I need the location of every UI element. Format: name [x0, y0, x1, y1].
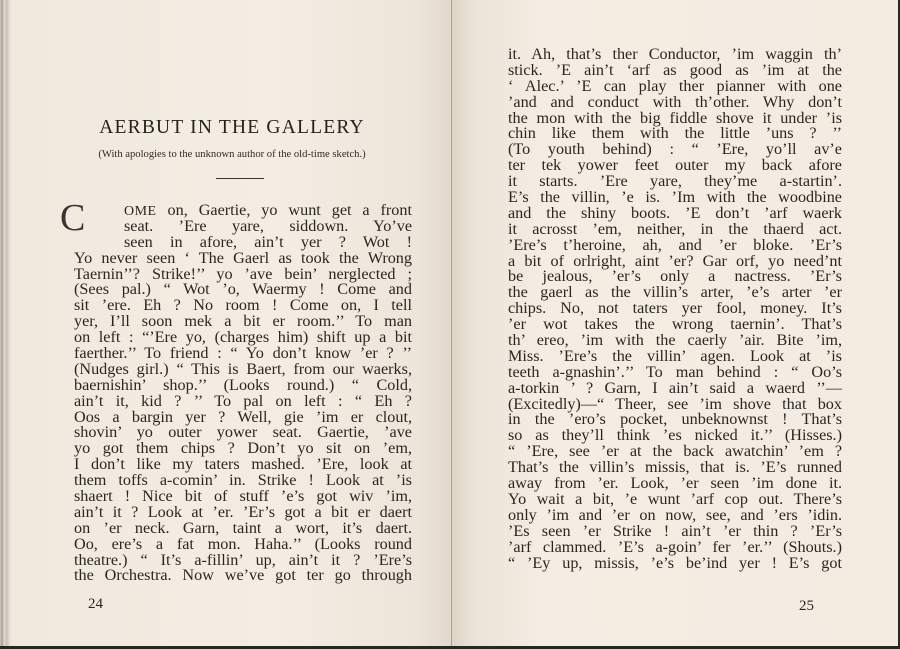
title-rule-divider — [216, 178, 264, 179]
left-page-body: C OME on, Gaertie, yo wunt get a front s… — [74, 203, 412, 584]
page-number-left: 24 — [88, 596, 103, 613]
drop-cap: C — [60, 201, 85, 235]
right-page-body: it. Ah, that’s ther Conductor, ’im waggi… — [508, 47, 842, 571]
page-number-right: 25 — [799, 598, 814, 615]
book-spread: AERBUT IN THE GALLERY (With apologies to… — [0, 0, 900, 649]
text-line: the Orchestra. Now we’ve got ter go thro… — [74, 568, 412, 584]
chapter-subtitle: (With apologies to the unknown author of… — [12, 149, 452, 160]
right-page: it. Ah, that’s ther Conductor, ’im waggi… — [452, 0, 898, 646]
chapter-title: AERBUT IN THE GALLERY — [12, 117, 452, 139]
text-line: “ ’Ey up, missis, ’e’s be’ind yer ! E’s … — [508, 556, 842, 572]
left-page: AERBUT IN THE GALLERY (With apologies to… — [12, 0, 452, 646]
page-edge-stack — [0, 0, 14, 646]
